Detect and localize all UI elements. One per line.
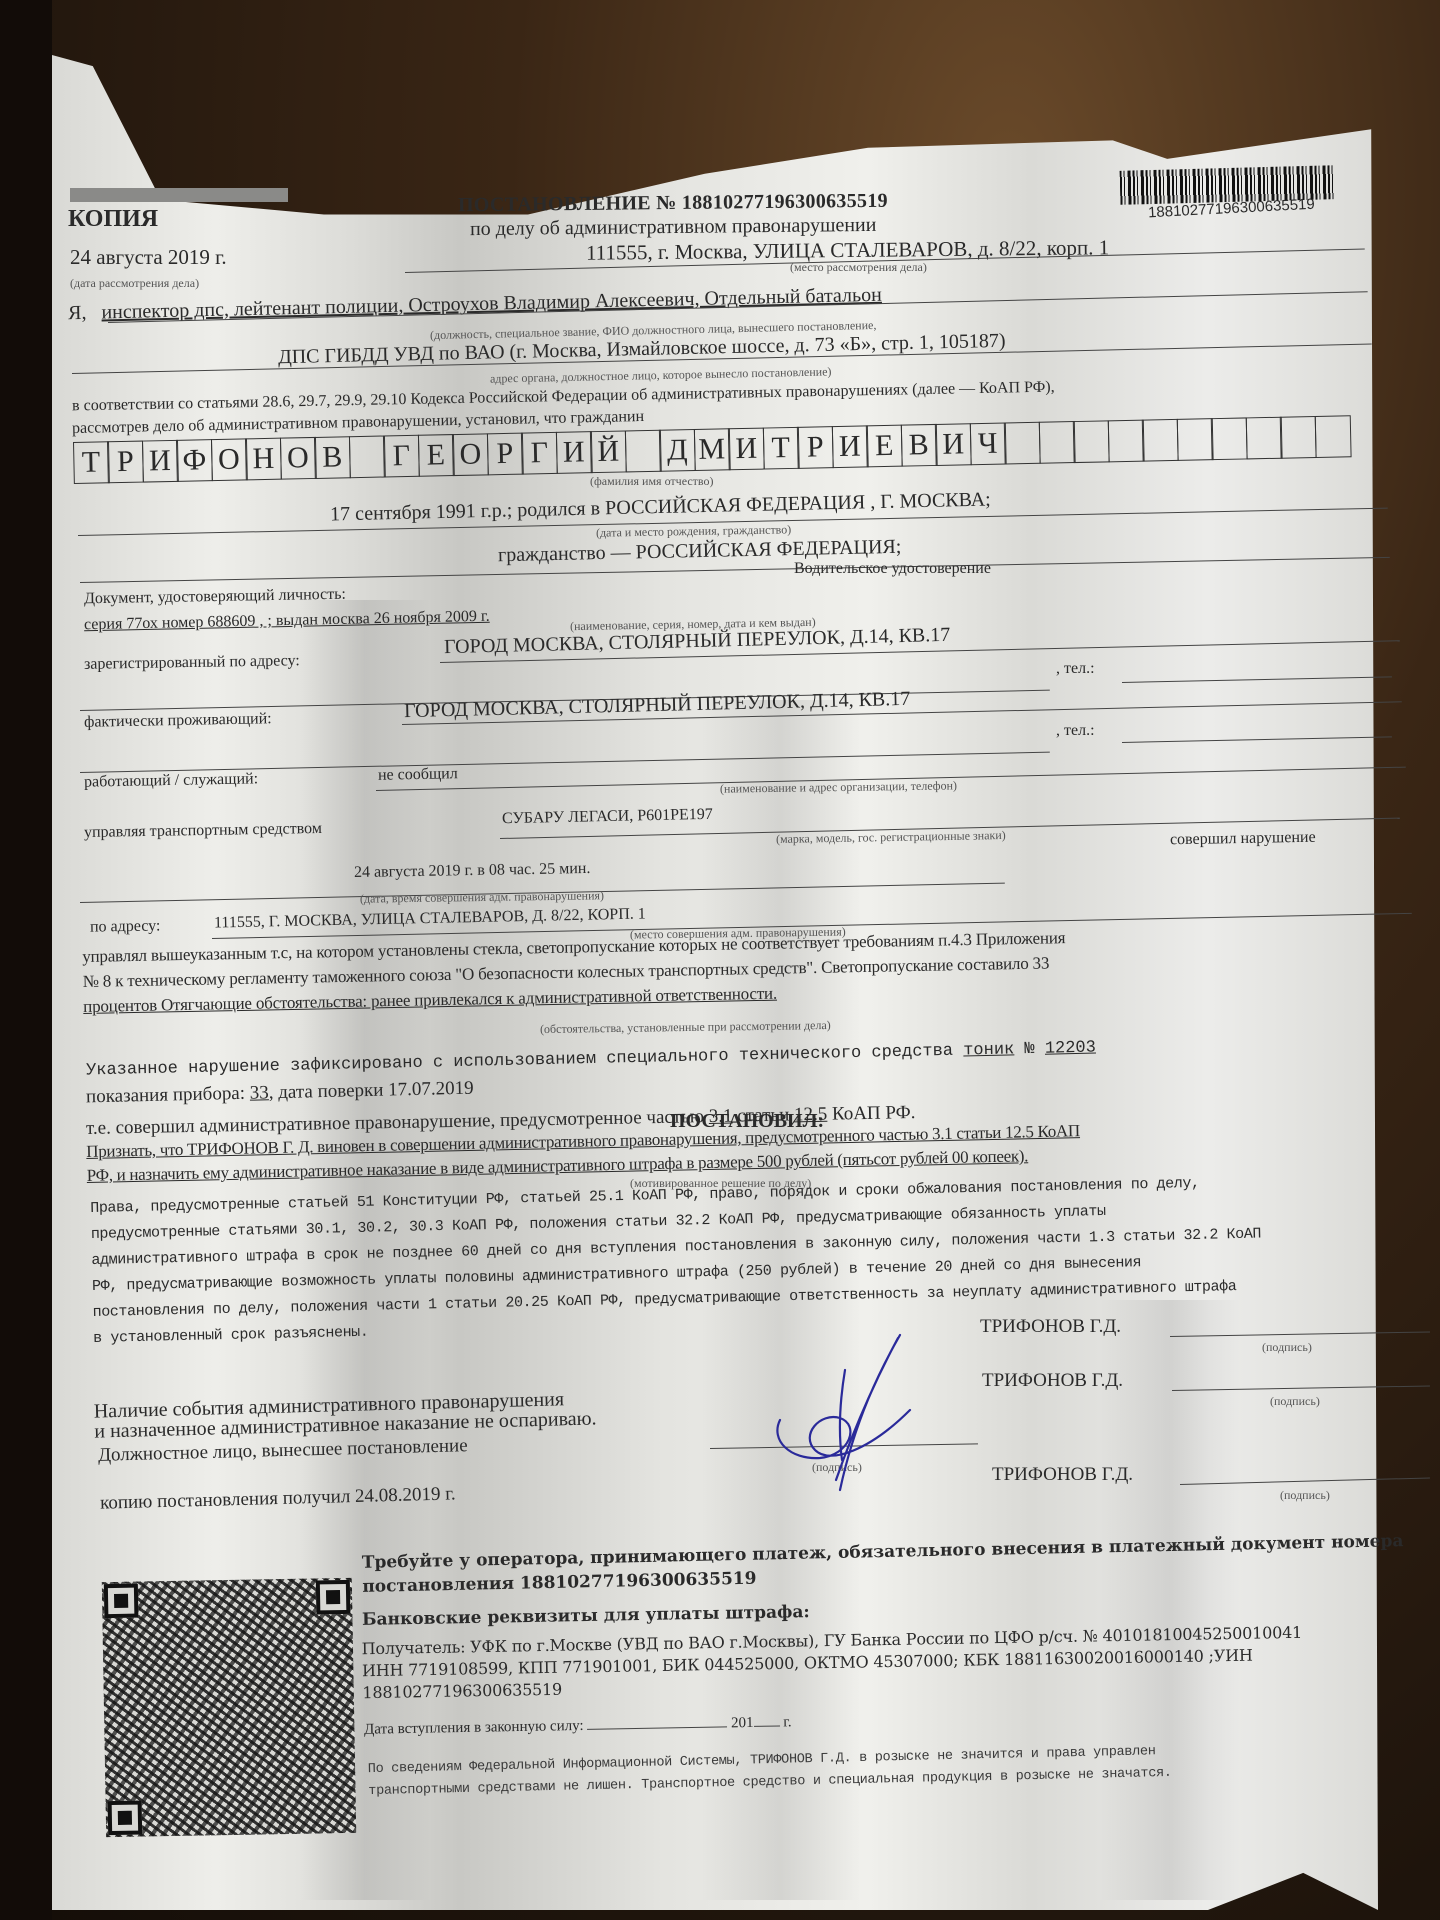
redacted-strip <box>70 188 288 202</box>
name-letter-cell <box>1245 417 1282 460</box>
name-letter-cell: Й <box>590 430 627 473</box>
qr-finder <box>316 1580 351 1615</box>
device-number-label: № <box>1024 1040 1035 1059</box>
actual-phone-field[interactable] <box>1122 736 1392 743</box>
inspector-prefix: Я, <box>68 302 87 324</box>
payment-notice: Требуйте у оператора, принимающего плате… <box>362 1529 1405 1599</box>
name-letter-cell: О <box>452 433 489 476</box>
fis-info: По сведениям Федеральной Информационной … <box>368 1741 1172 1803</box>
handwritten-signature <box>760 1330 930 1500</box>
name-letter-cell: Ч <box>969 422 1006 465</box>
name-letter-cell <box>1314 415 1351 458</box>
registered-address: ГОРОД МОСКВА, СТОЛЯРНЫЙ ПЕРЕУЛОК, Д.14, … <box>444 624 951 659</box>
description-caption: (обстоятельства, установленные при рассм… <box>540 1018 831 1037</box>
signer-name-1: ТРИФОНОВ Г.Д. <box>980 1316 1121 1338</box>
name-caption: (фамилия имя отчество) <box>590 474 713 489</box>
registered-phone-label: , тел.: <box>1056 660 1095 678</box>
name-letter-cell: Р <box>107 441 144 484</box>
device-line: Указанное нарушение зафиксировано с испо… <box>86 1039 1096 1081</box>
name-letter-cell <box>1176 418 1213 461</box>
qr-finder <box>108 1801 143 1836</box>
qr-finder <box>104 1584 139 1619</box>
effective-date-year-field[interactable] <box>754 1725 780 1726</box>
name-letter-cell: Г <box>521 432 558 475</box>
actual-address-label: фактически проживающий: <box>84 710 272 732</box>
vehicle-label: управляя транспортным средством <box>84 820 322 842</box>
effective-date-label: Дата вступления в законную силу: <box>364 1718 584 1738</box>
committed-label: совершил нарушение <box>1170 829 1316 850</box>
rule <box>80 752 1050 773</box>
signature-caption-2: (подпись) <box>1270 1394 1320 1409</box>
violation-description: управлял вышеуказанным т.с, на котором у… <box>82 925 1066 1019</box>
signature-field-2[interactable] <box>1172 1385 1430 1391</box>
name-letter-cell: Н <box>245 438 282 481</box>
device-number: 12203 <box>1045 1039 1096 1059</box>
article-suffix: КоАП РФ. <box>832 1102 916 1125</box>
signature-field-3[interactable] <box>1180 1477 1430 1485</box>
name-letter-cell <box>1004 422 1041 465</box>
name-letter-cell <box>624 430 661 473</box>
name-letter-cell <box>1211 417 1248 460</box>
violation-address: 111555, Г. МОСКВА, УЛИЦА СТАЛЕВАРОВ, Д. … <box>214 905 646 932</box>
vehicle-value: СУБАРУ ЛЕГАСИ, Р601РЕ197 <box>502 806 713 828</box>
birth-info: 17 сентября 1991 г.р.; родился в РОССИЙС… <box>330 489 991 527</box>
review-date-caption: (дата рассмотрения дела) <box>70 276 199 291</box>
bank-heading: Банковские реквизиты для уплаты штрафа: <box>362 1602 810 1630</box>
work-value: не сообщил <box>378 765 458 785</box>
document-type: Водительское удостоверение <box>794 560 991 578</box>
name-letter-cell <box>348 435 385 478</box>
name-letter-cell: И <box>728 428 765 471</box>
actual-phone-label: , тел.: <box>1056 722 1095 740</box>
name-letter-cell: Г <box>383 435 420 478</box>
vehicle-caption: (марка, модель, гос. регистрационные зна… <box>776 828 1006 847</box>
name-letter-cell <box>1280 416 1317 459</box>
review-place-caption: (место рассмотрения дела) <box>790 260 927 275</box>
copy-received: копию постановления получил 24.08.2019 г… <box>100 1483 456 1514</box>
name-letter-cell: О <box>210 438 247 481</box>
name-letter-cell: И <box>831 425 868 468</box>
name-letter-cell: Ф <box>176 439 213 482</box>
name-letter-cell: И <box>555 431 592 474</box>
name-letter-cell: М <box>693 428 730 471</box>
reading-line: показания прибора: 33, дата поверки 17.0… <box>86 1078 474 1109</box>
registered-phone-field[interactable] <box>1122 676 1392 683</box>
name-letter-cell: Т <box>73 441 110 484</box>
name-letter-cell: Е <box>866 425 903 468</box>
document-content: КОПИЯ 24 августа 2019 г. (дата рассмотре… <box>0 0 1440 1920</box>
violation-datetime-caption: (дата, время совершения адм. правонаруше… <box>360 888 604 906</box>
bank-details: Получатель: УФК по г.Москве (УВД по ВАО … <box>361 1622 1303 1704</box>
signer-name-2: ТРИФОНОВ Г.Д. <box>982 1370 1123 1392</box>
effective-date-year: 201 <box>731 1715 754 1731</box>
reading-label: показания прибора: <box>86 1083 245 1108</box>
signature-field-1[interactable] <box>1170 1331 1430 1337</box>
document-title: ПОСТАНОВЛЕНИЕ № 18810277196300635519 <box>458 190 888 218</box>
effective-date-line: Дата вступления в законную силу: 201 г. <box>364 1714 792 1738</box>
name-letter-cell: Е <box>417 434 454 477</box>
document-label: Документ, удостоверяющий личность: <box>84 586 346 609</box>
name-letter-cell: И <box>935 423 972 466</box>
document-subtitle: по делу об административном правонарушен… <box>470 214 877 241</box>
not-disputed: Наличие события административного правон… <box>94 1388 597 1441</box>
signature-caption-1: (подпись) <box>1262 1340 1312 1355</box>
device-name: тоник <box>963 1040 1014 1060</box>
registered-label: зарегистрированный по адресу: <box>84 652 300 674</box>
document-details: серия 77ох номер 688609 , ; выдан москва… <box>84 608 490 634</box>
name-letter-cell <box>1073 420 1110 463</box>
payment-qr-code <box>102 1578 356 1837</box>
name-letter-cell <box>1142 419 1179 462</box>
name-letter-cell: Т <box>762 427 799 470</box>
work-label: работающий / служащий: <box>84 770 258 791</box>
signature-caption-3: (подпись) <box>1280 1488 1330 1503</box>
device-text: Указанное нарушение зафиксировано с испо… <box>86 1042 953 1081</box>
inspector-text: инспектор дпс, лейтенант полиции, Остроу… <box>101 284 882 324</box>
reading-value: 33 <box>250 1082 269 1103</box>
name-letter-cell: В <box>314 436 351 479</box>
signer-name-3: ТРИФОНОВ Г.Д. <box>992 1464 1133 1486</box>
effective-date-field[interactable] <box>587 1726 727 1729</box>
name-letter-cell <box>1038 421 1075 464</box>
name-letter-cell: Р <box>486 433 523 476</box>
violation-address-label: по адресу: <box>90 917 161 936</box>
copy-label: КОПИЯ <box>68 206 158 233</box>
effective-date-suffix: г. <box>783 1714 791 1730</box>
name-letter-cell: В <box>900 424 937 467</box>
name-letter-cell: Д <box>659 429 696 472</box>
name-letter-cell: Р <box>797 426 834 469</box>
name-letter-cell: О <box>279 437 316 480</box>
check-date: дата поверки 17.07.2019 <box>278 1078 474 1103</box>
name-letter-cell: И <box>141 440 178 483</box>
work-caption: (наименование и адрес организации, телеф… <box>720 778 957 796</box>
name-letter-cell <box>1107 420 1144 463</box>
violation-datetime: 24 августа 2019 г. в 08 час. 25 мин. <box>354 860 591 882</box>
review-date: 24 августа 2019 г. <box>70 245 227 270</box>
